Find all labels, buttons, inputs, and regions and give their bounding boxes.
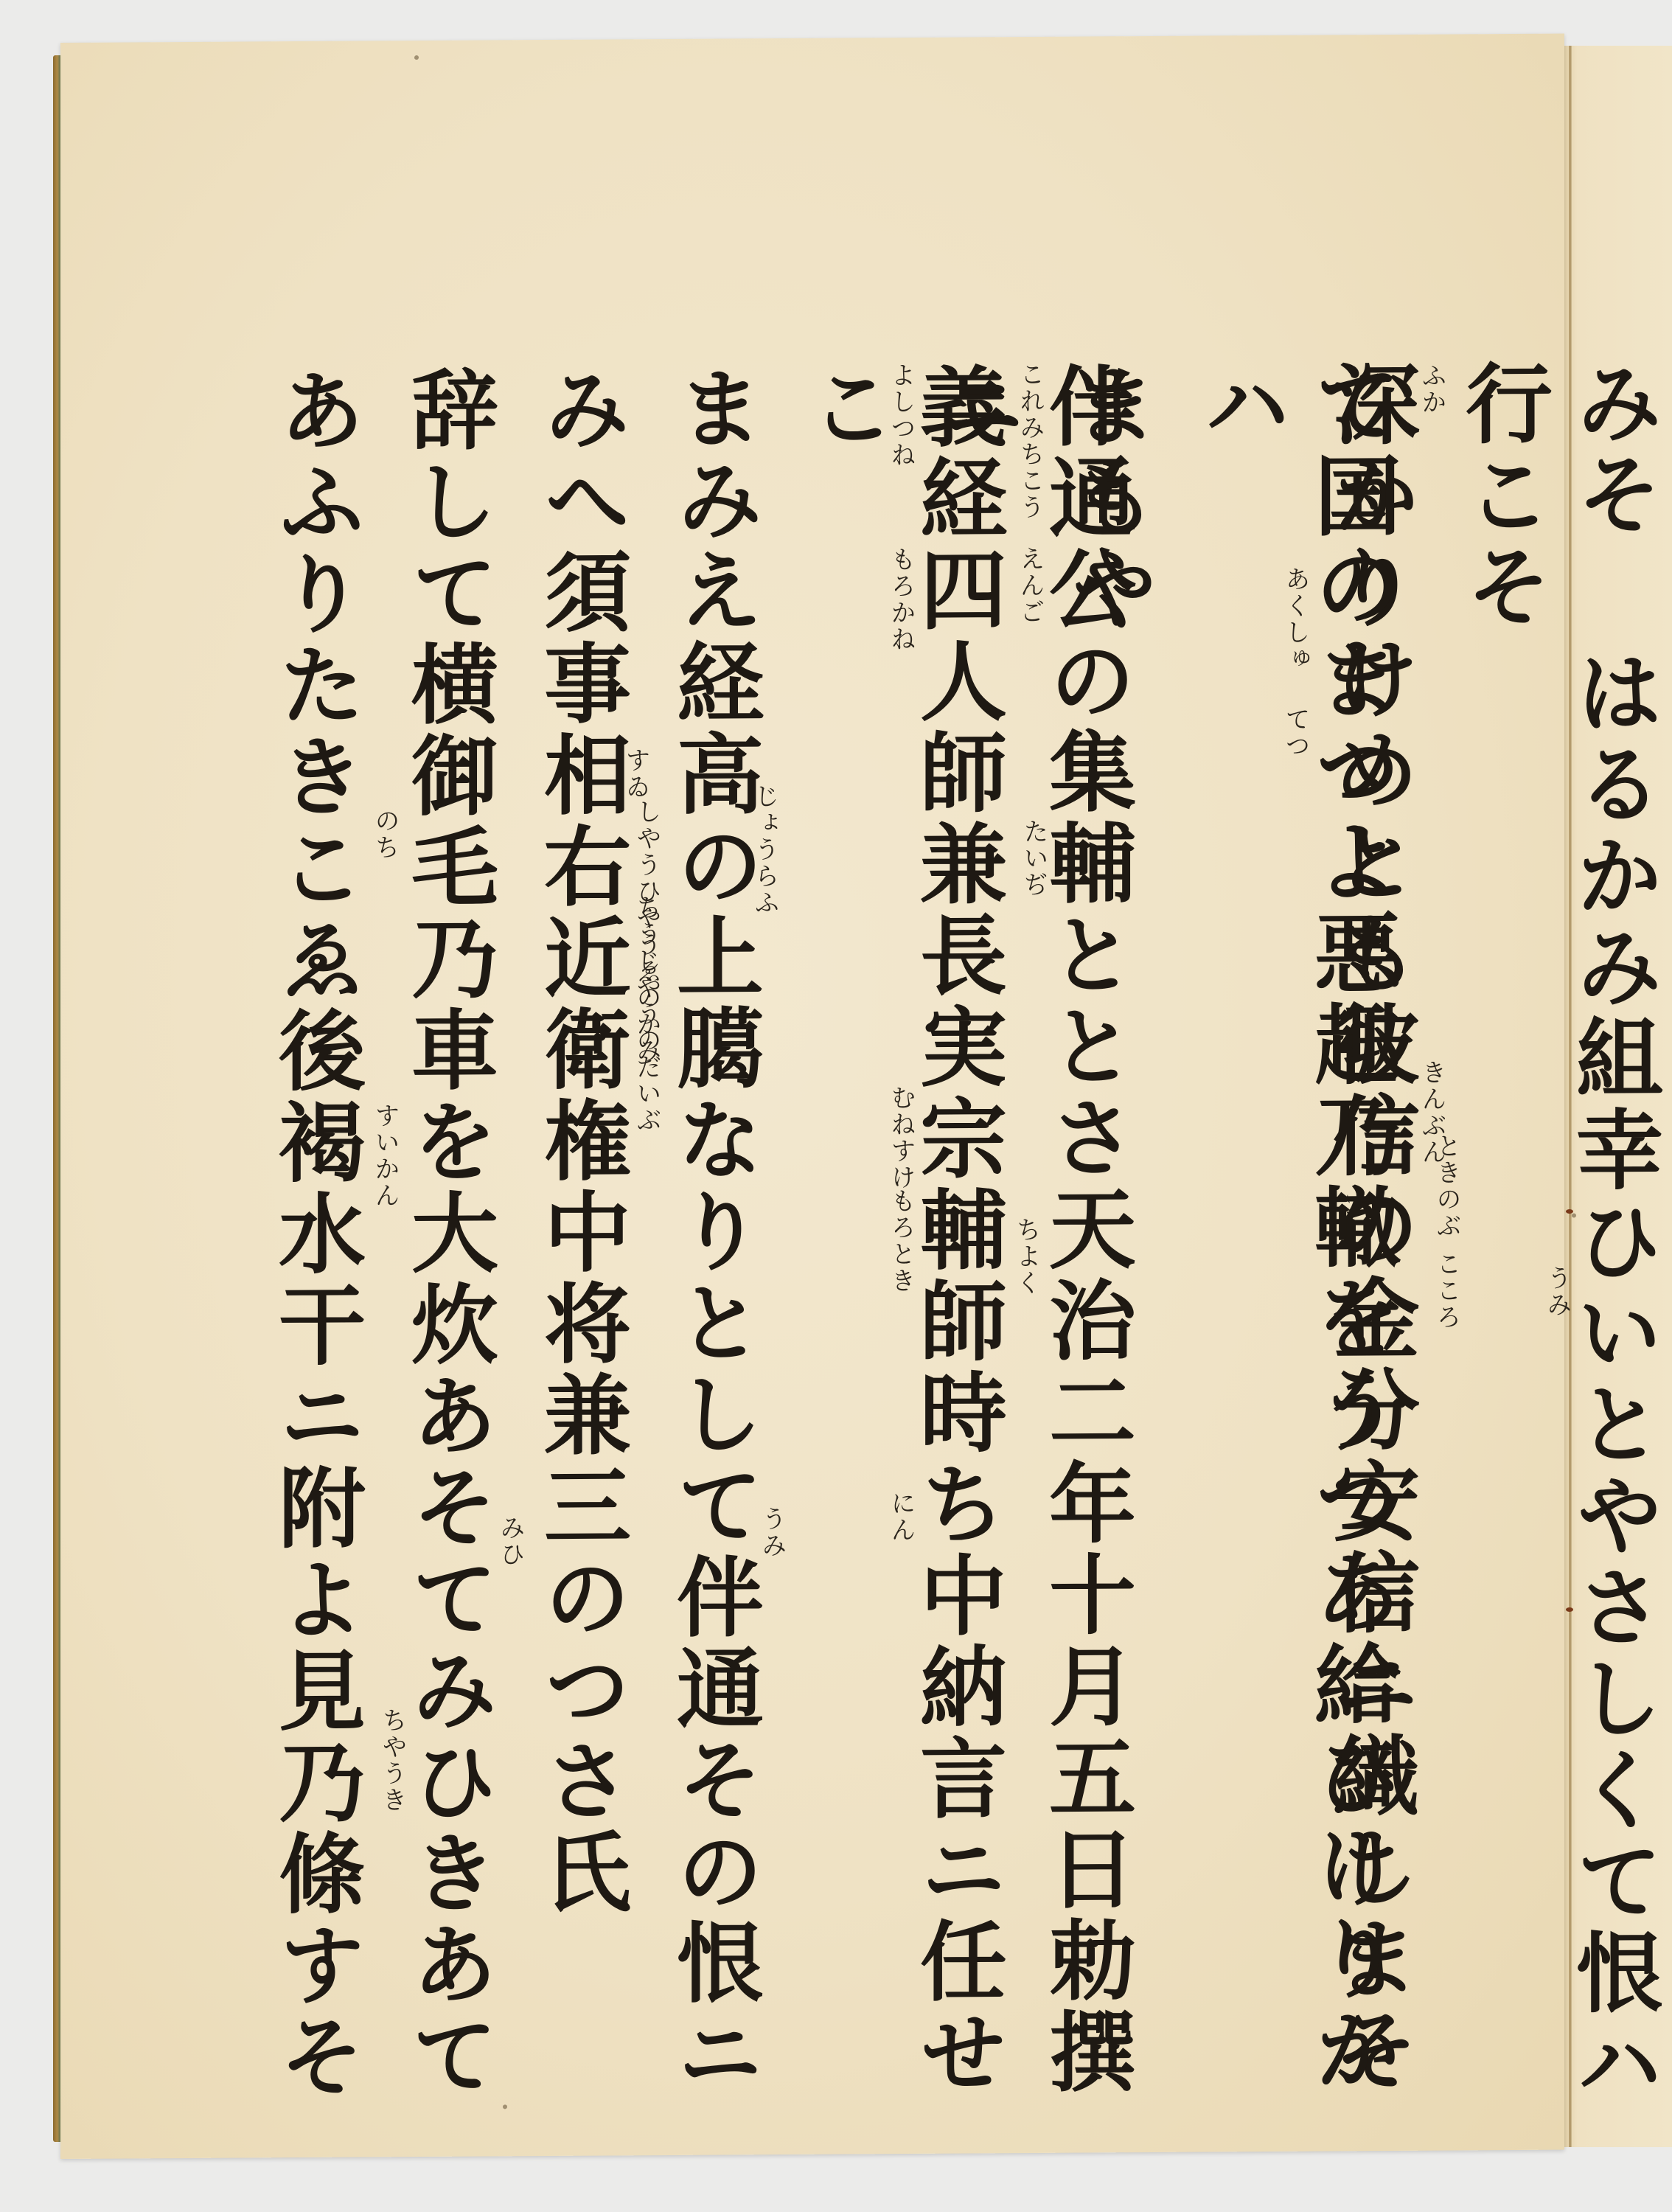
furigana: すゐ bbox=[621, 747, 650, 800]
furigana: たいぢ bbox=[1019, 818, 1048, 898]
furigana: すいかん bbox=[370, 1102, 400, 1208]
furigana: もろかね bbox=[886, 546, 916, 653]
furigana: あくしゅ bbox=[1281, 566, 1310, 672]
paper-speck bbox=[414, 55, 419, 60]
furigana: ときのぶ bbox=[1432, 1133, 1461, 1239]
furigana: もろとき bbox=[886, 1188, 916, 1294]
text-column-9: 辞して横御毛乃車を大炊あそてみひきあて bbox=[392, 364, 503, 2102]
furigana: よしつね bbox=[886, 362, 916, 468]
furigana: えんご bbox=[1015, 546, 1045, 625]
furigana: のち bbox=[370, 807, 400, 860]
furigana: ちやうき bbox=[377, 1707, 407, 1813]
furigana: うみ bbox=[1542, 1265, 1572, 1318]
furigana: ちうじやうのだいぶ bbox=[632, 894, 661, 1133]
text-column-1: みそ はるかみ組幸ひいとやさしくて恨ハ行こそ bbox=[1446, 358, 1668, 2151]
furigana: にん bbox=[886, 1490, 916, 1543]
furigana: てつ bbox=[1281, 706, 1310, 759]
paper-speck bbox=[503, 2104, 507, 2109]
manuscript-page: みそ はるかみ組幸ひいとやさしくて恨ハ行こそ 深かりけめとも彼信の金分安信ニ織し… bbox=[60, 34, 1564, 2159]
furigana: みひ bbox=[495, 1514, 525, 1568]
furigana: これみちこう bbox=[1015, 361, 1045, 521]
text-column-7: まみえ経高の上臈なりとして伴通その恨ニ bbox=[658, 363, 768, 2101]
furigana: じょうらふ bbox=[750, 783, 779, 916]
text-column-8: みへ須事相右近衛権中将兼三のつさ氏 bbox=[525, 364, 635, 1919]
furigana: ちよく bbox=[1011, 1217, 1041, 1296]
furigana: うみ bbox=[757, 1506, 787, 1559]
furigana: むねすけ bbox=[886, 1085, 916, 1191]
furigana: ふか bbox=[1417, 363, 1446, 416]
furigana: こころ bbox=[1432, 1251, 1461, 1330]
text-column-10: あふりたきこゑ後褐水干ニ附よ見乃條すそ bbox=[259, 365, 370, 2103]
